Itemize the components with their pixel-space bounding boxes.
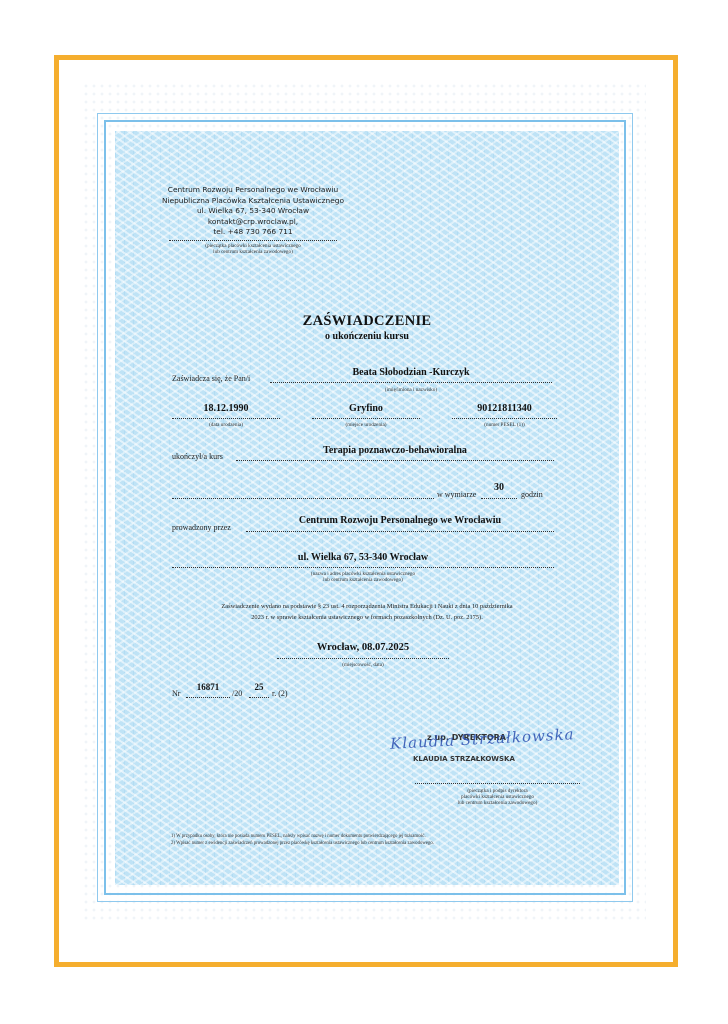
certifies-label: Zaświadcza się, że Pan/i xyxy=(172,374,250,383)
dotted-line xyxy=(169,240,337,241)
document-subtitle: o ukończeniu kursu xyxy=(115,331,619,342)
issuer-line: Centrum Rozwoju Personalnego we Wrocławi… xyxy=(153,185,353,196)
number-end: r. (2) xyxy=(272,689,288,698)
dotted-line xyxy=(172,567,554,568)
course-hours: 30 xyxy=(481,482,517,493)
conducted-by: Centrum Rozwoju Personalnego we Wrocławi… xyxy=(246,515,554,526)
footnotes: 1) W przypadku osoby, która nie posiada … xyxy=(171,834,591,848)
address-caption: lub centrum kształcenia zawodowego) xyxy=(172,577,554,584)
issuer-line: kontakt@crp.wroclaw.pl, xyxy=(153,217,353,228)
place-date-caption: (miejscowość, data) xyxy=(277,662,449,669)
dotted-line xyxy=(312,418,420,419)
hours-label: w wymiarze xyxy=(437,490,476,499)
issuer-line: Niepubliczna Placówka Kształcenia Ustawi… xyxy=(153,196,353,207)
issuer-line: ul. Wielka 67, 53-340 Wrocław xyxy=(153,206,353,217)
footnote: 2) Wpisać numer z ewidencji zaświadczeń … xyxy=(171,841,591,848)
issuer-stamp: Centrum Rozwoju Personalnego we Wrocławi… xyxy=(153,185,353,256)
dotted-line xyxy=(172,418,280,419)
document-title: ZAŚWIADCZENIE xyxy=(115,313,619,330)
hours-unit: godzin xyxy=(521,490,543,499)
birth-place-caption: (miejsce urodzenia) xyxy=(312,422,420,429)
stamp-caption: lub centrum kształcenia zawodowego) xyxy=(153,249,353,256)
person-name: Beata Słobodzian -Kurczyk xyxy=(270,367,552,378)
dotted-line xyxy=(249,697,269,698)
dotted-line xyxy=(246,531,554,532)
dotted-line xyxy=(236,460,554,461)
legal-basis: Zaświadczenie wydano na podstawie § 23 u… xyxy=(165,601,569,623)
institution-address: ul. Wielka 67, 53-340 Wrocław xyxy=(172,552,554,563)
legal-basis-line: 2023 r. w sprawie kształcenia ustawiczne… xyxy=(165,612,569,623)
handwritten-signature: Klaudia Strzałkowska xyxy=(390,725,575,753)
dotted-line xyxy=(415,783,580,784)
pesel-caption: (numer PESEL (1)) xyxy=(452,422,557,429)
dotted-line xyxy=(186,697,230,698)
number-mid: /20 xyxy=(232,689,242,698)
name-caption: (imię/imiona i nazwisko) xyxy=(270,387,552,394)
year-suffix: 25 xyxy=(249,682,269,692)
place-date: Wrocław, 08.07.2025 xyxy=(277,642,449,653)
birth-place: Gryfino xyxy=(312,403,420,414)
signature-stamp-name: KLAUDIA STRZAŁKOWSKA xyxy=(413,755,515,763)
birth-date: 18.12.1990 xyxy=(172,403,280,414)
certificate-number: 16871 xyxy=(186,682,230,692)
number-prefix: Nr xyxy=(172,689,180,698)
dotted-line xyxy=(452,418,557,419)
dotted-line xyxy=(481,498,517,499)
footnote: 1) W przypadku osoby, która nie posiada … xyxy=(171,834,591,841)
signature-caption: lub centrum kształcenia zawodowego) xyxy=(415,800,580,807)
dotted-line xyxy=(172,498,434,499)
pesel-number: 90121811340 xyxy=(452,403,557,414)
dotted-line xyxy=(270,382,552,383)
legal-basis-line: Zaświadczenie wydano na podstawie § 23 u… xyxy=(165,601,569,612)
dotted-line xyxy=(277,658,449,659)
course-name: Terapia poznawczo-behawioralna xyxy=(236,445,554,456)
certificate-paper: Centrum Rozwoju Personalnego we Wrocławi… xyxy=(115,131,619,885)
issuer-line: tel. +48 730 766 711 xyxy=(153,227,353,238)
course-label: ukończył/a kurs xyxy=(172,452,223,461)
birth-date-caption: (data urodzenia) xyxy=(172,422,280,429)
conducted-label: prowadzony przez xyxy=(172,523,231,532)
